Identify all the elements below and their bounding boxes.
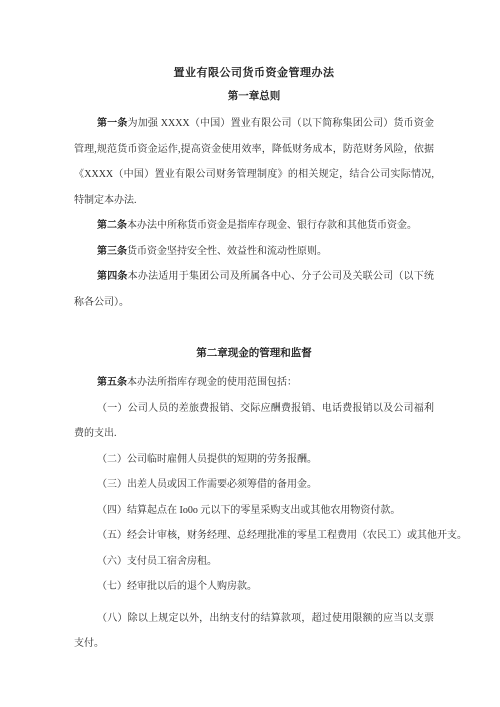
article-5-label: 第五条	[97, 377, 127, 388]
article-4-paragraph: 第四条本办法适用于集团公司及所属各中心、分子公司及关联公司（以下统称各公司）。	[74, 264, 434, 315]
list-item-6: （六）支付员工宿舍房租。	[74, 549, 434, 575]
list-item-7: （七）经审批以后的退个人购房款。	[74, 574, 434, 600]
list-item-8: （八）除以上规定以外，出纳支付的结算款项，超过使用限额的应当以支票支付。	[74, 606, 434, 657]
list-item-5: （五）经会计审核，财务经理、总经理批准的零星工程费用（农民工）或其他开支。	[74, 523, 434, 549]
document-page: 置业有限公司货币资金管理办法 第一章总则 第一条为加强 XXXX（中国）置业有限…	[0, 0, 500, 707]
chapter-2-heading: 第二章现金的管理和监督	[74, 347, 434, 360]
article-3-paragraph: 第三条货币资金坚持安全性、效益性和流动性原则。	[74, 239, 434, 265]
article-1-paragraph: 第一条为加强 XXXX（中国）置业有限公司（以下简称集团公司）货币资金管理,规范…	[74, 111, 434, 213]
chapter-1-heading: 第一章总则	[74, 90, 434, 103]
article-4-text: 本办法适用于集团公司及所属各中心、分子公司及关联公司（以下统称各公司）。	[74, 271, 434, 308]
article-5-paragraph: 第五条本办法所指库存现金的使用范围包括：	[74, 370, 434, 396]
article-1-text: 为加强 XXXX（中国）置业有限公司（以下简称集团公司）货币资金管理,规范货币资…	[74, 118, 434, 206]
document-content: 置业有限公司货币资金管理办法 第一章总则 第一条为加强 XXXX（中国）置业有限…	[74, 60, 434, 657]
article-2-label: 第二条	[97, 220, 127, 231]
list-item-1: （一）公司人员的差旅费报销、交际应酬费报销、电话费报销以及公司福利费的支出.	[74, 396, 434, 447]
article-5-text: 本办法所指库存现金的使用范围包括：	[127, 377, 297, 388]
list-item-3: （三）出差人员或因工作需要必须筹借的备用金。	[74, 472, 434, 498]
article-1-label: 第一条	[97, 118, 128, 129]
article-2-paragraph: 第二条本办法中所称货币资金是指库存现金、银行存款和其他货币资金。	[74, 213, 434, 239]
article-2-text: 本办法中所称货币资金是指库存现金、银行存款和其他货币资金。	[127, 220, 417, 231]
document-title: 置业有限公司货币资金管理办法	[74, 60, 434, 80]
article-3-label: 第三条	[97, 246, 127, 257]
article-4-label: 第四条	[97, 271, 128, 282]
list-item-4: （四）结算起点在 Io0o 元以下的零星采购支出或其他农用物资付款。	[74, 498, 434, 524]
article-3-text: 货币资金坚持安全性、效益性和流动性原则。	[127, 246, 327, 257]
list-item-2: （二）公司临时雇佣人员提供的短期的劳务报酬。	[74, 447, 434, 473]
